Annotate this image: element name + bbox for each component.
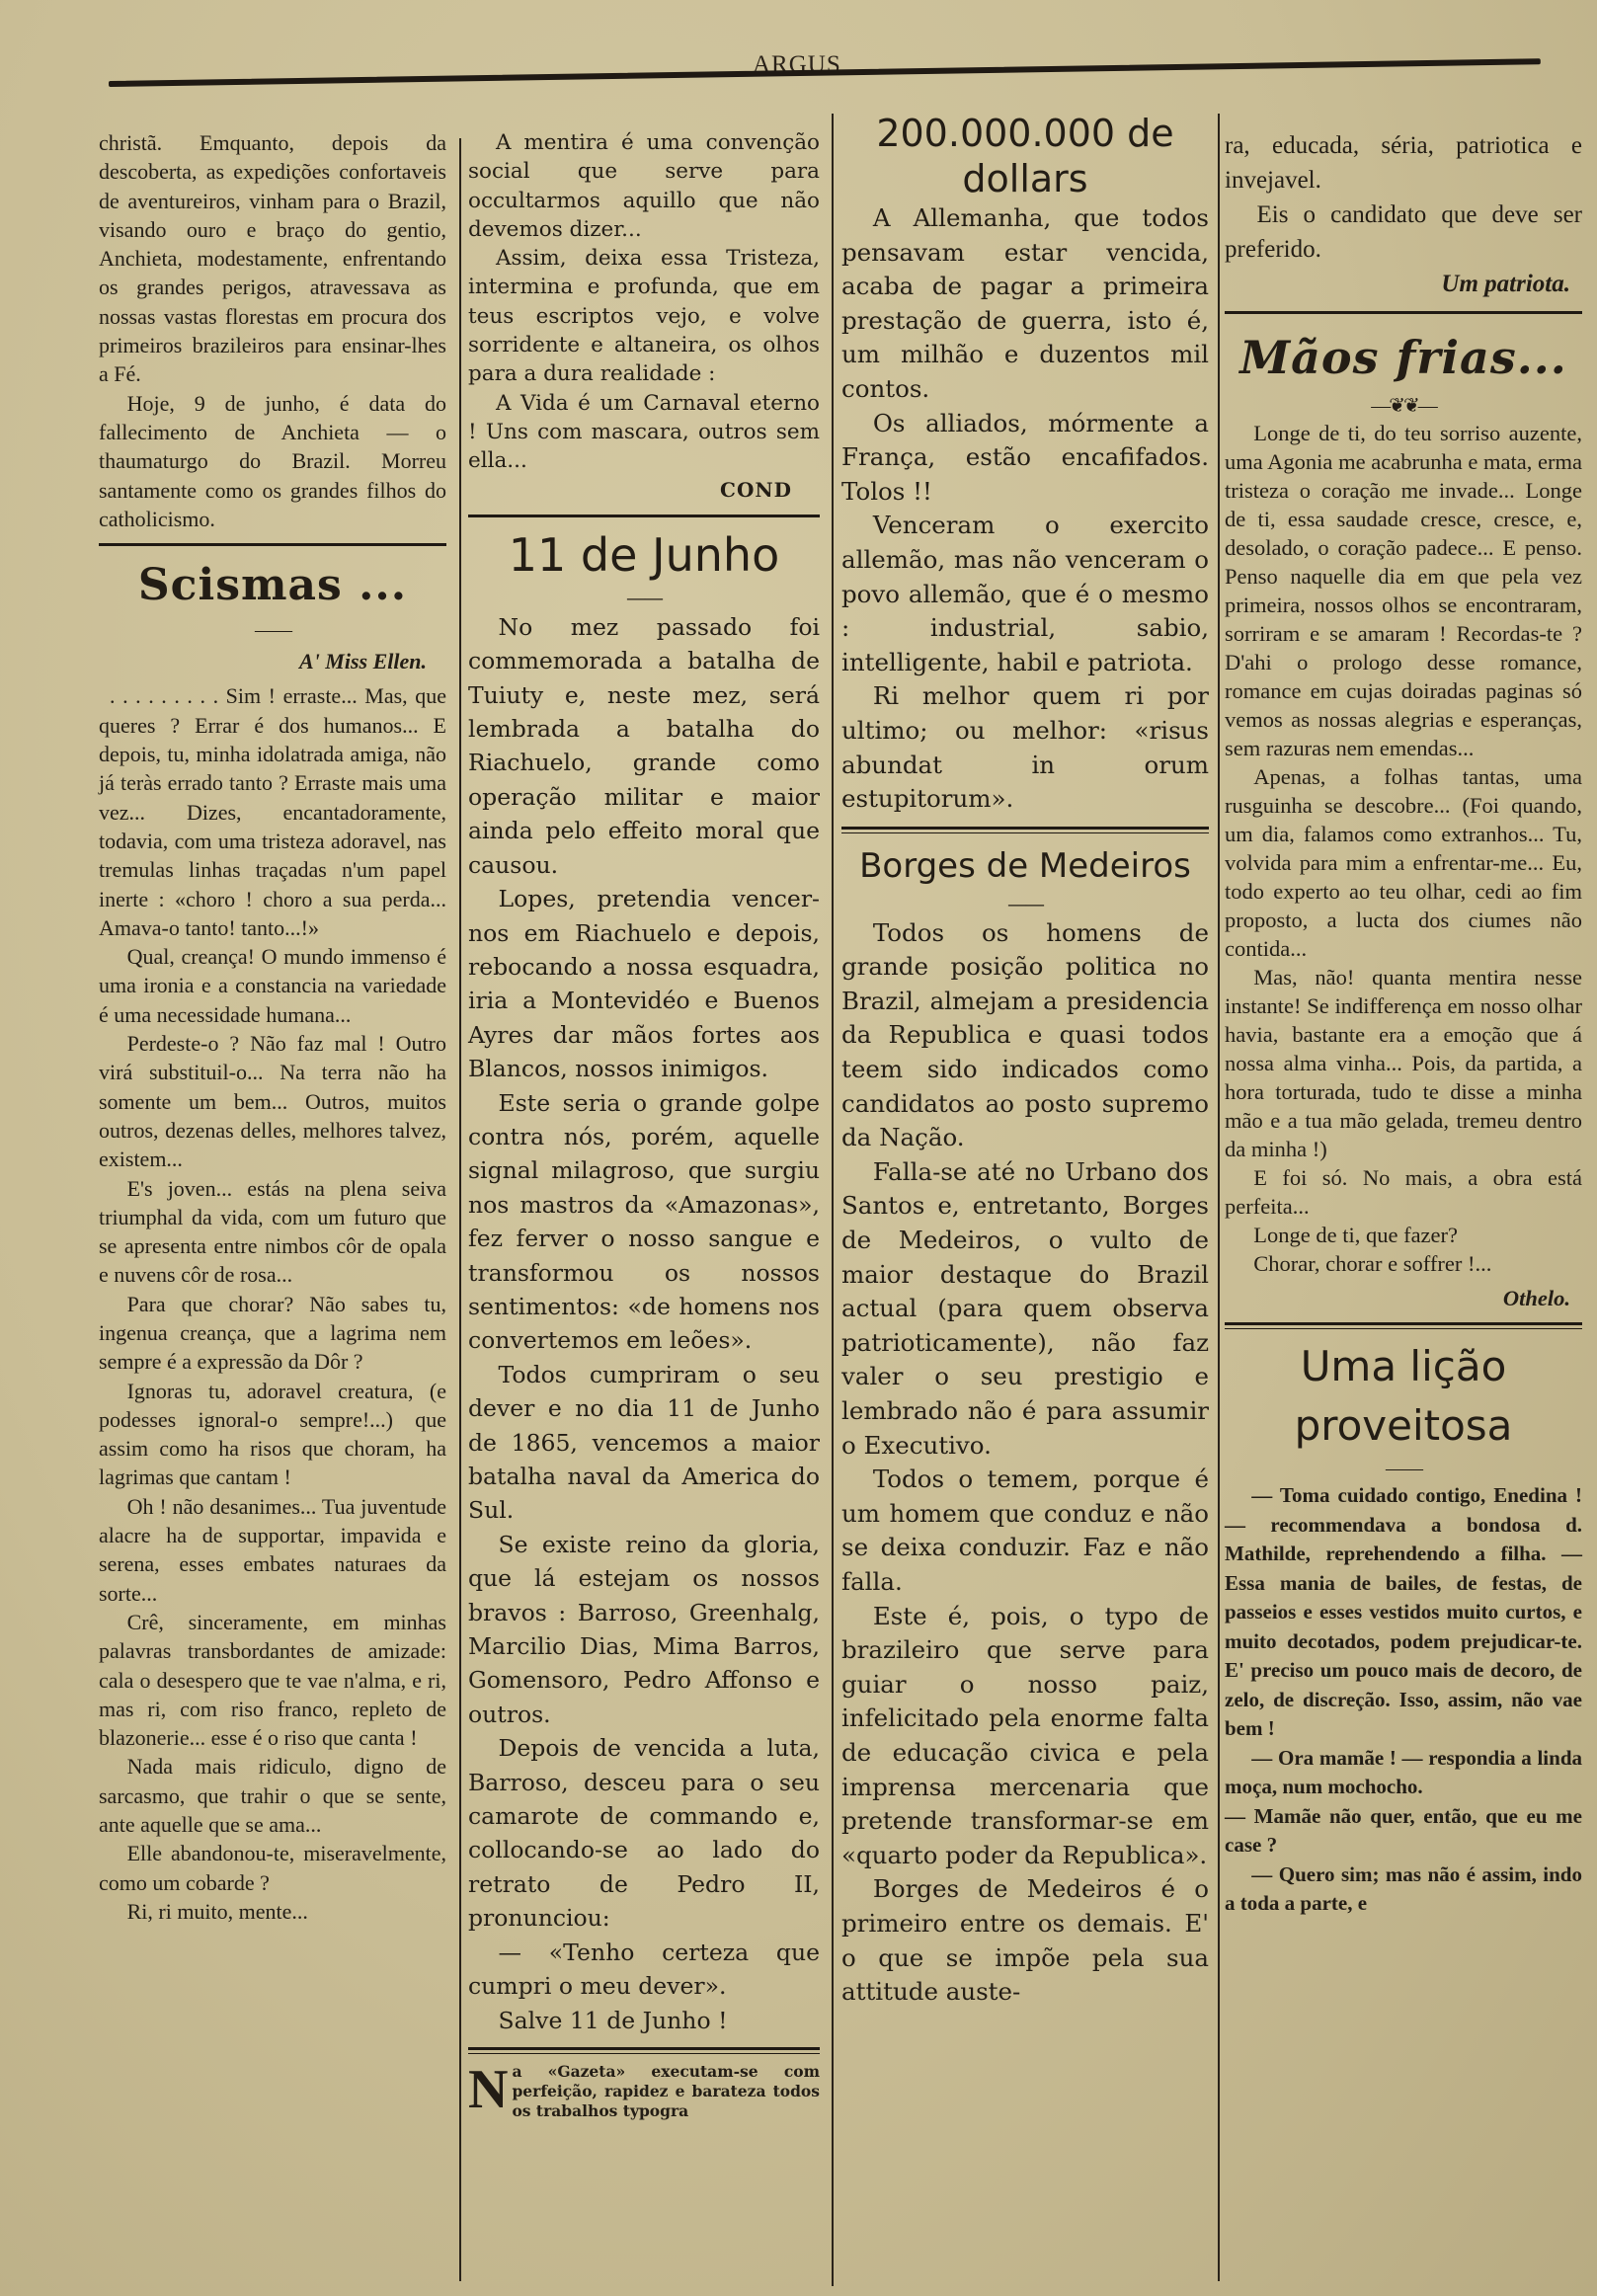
article-divider — [841, 827, 1209, 833]
article-paragraph: — Quero sim; mas não é assim, indo a tod… — [1225, 1861, 1582, 1919]
article-paragraph: Lopes, pretendia vencer-nos em Riachuelo… — [468, 882, 820, 1085]
article-paragraph: Se existe reino da gloria, que lá esteja… — [468, 1528, 820, 1731]
article-paragraph: E foi só. No mais, a obra está perfeita.… — [1225, 1163, 1582, 1221]
article-divider — [1225, 311, 1582, 314]
article-paragraph: Este é, pois, o typo de brazileiro que s… — [841, 1600, 1209, 1873]
headline-maos-frias: Mãos frias... — [1225, 322, 1582, 393]
article-paragraph: — Mamãe não quer, então, que eu me case … — [1225, 1802, 1582, 1861]
headline-borges-de-medeiros: Borges de Medeiros — [841, 841, 1209, 891]
article-paragraph: Ri melhor quem ri por ultimo; ou melhor:… — [841, 679, 1209, 816]
article-paragraph: Salve 11 de Junho ! — [468, 2004, 820, 2037]
article-paragraph: A Vida é um Carnaval eterno ! Uns com ma… — [468, 389, 820, 476]
article-paragraph: Todos os homens de grande posição politi… — [841, 916, 1209, 1155]
masthead: ARGUS — [0, 0, 1597, 114]
article-paragraph: Borges de Medeiros é o primeiro entre os… — [841, 1872, 1209, 2009]
article-paragraph: Qual, creança! O mundo immenso é uma iro… — [99, 942, 446, 1029]
article-paragraph: Perdeste-o ? Não faz mal ! Outro virá su… — [99, 1029, 446, 1173]
article-paragraph: E's joven... estás na plena seiva triump… — [99, 1174, 446, 1290]
article-paragraph: Assim, deixa essa Tristeza, intermina e … — [468, 244, 820, 388]
article-continuation: ra, educada, séria, patriotica e invejav… — [1225, 128, 1582, 198]
headline-200-milhoes-dollars: 200.000.000 de dollars — [841, 111, 1209, 201]
dedication: A' Miss Ellen. — [99, 647, 446, 675]
headline-11-de-junho: 11 de Junho — [468, 525, 820, 585]
article-paragraph: — Toma cuidado contigo, Enedina ! — reco… — [1225, 1481, 1582, 1744]
article-continuation: christã. Emquanto, depois da descoberta,… — [99, 128, 446, 389]
article-divider — [468, 2047, 820, 2054]
article-paragraph: Todos o temem, porque é um homem que con… — [841, 1463, 1209, 1599]
article-paragraph: Os alliados, mórmente a França, estão en… — [841, 407, 1209, 510]
article-paragraph: A Allemanha, que todos pensavam estar ve… — [841, 201, 1209, 407]
separator: —— — [468, 585, 820, 610]
column-2: A mentira é uma convenção social que ser… — [468, 128, 820, 2121]
article-paragraph: Depois de vencida a luta, Barroso, desce… — [468, 1731, 820, 1935]
article-paragraph: A mentira é uma convenção social que ser… — [468, 128, 820, 244]
article-paragraph: No mez passado foi commemorada a batalha… — [468, 610, 820, 882]
byline: Um patriota. — [1225, 267, 1582, 301]
article-paragraph: Chorar, chorar e soffrer !... — [1225, 1249, 1582, 1278]
article-paragraph: Eis o candidato que deve ser preferido. — [1225, 198, 1582, 267]
headline-scismas: Scismas ... — [99, 554, 446, 617]
article-paragraph: Falla-se até no Urbano dos Santos e, ent… — [841, 1155, 1209, 1463]
column-divider — [832, 114, 834, 2286]
ornament-separator: —❦❦— — [1225, 393, 1582, 419]
separator: —— — [1225, 1456, 1582, 1481]
separator: —— — [841, 891, 1209, 916]
article-divider — [468, 515, 820, 517]
article-divider — [1225, 1322, 1582, 1329]
article-paragraph: Ri, ri muito, mente... — [99, 1897, 446, 1926]
column-3: 200.000.000 de dollars A Allemanha, que … — [841, 111, 1209, 2010]
headline-uma-licao-proveitosa: Uma lição proveitosa — [1225, 1337, 1582, 1456]
article-paragraph: Ignoras tu, adoravel creatura, (e podess… — [99, 1377, 446, 1492]
article-paragraph: Este seria o grande golpe contra nós, po… — [468, 1086, 820, 1358]
byline: Othelo. — [1225, 1284, 1582, 1312]
article-paragraph: Elle abandonou-te, miseravelmente, como … — [99, 1839, 446, 1897]
article-paragraph: Crê, sinceramente, em minhas palavras tr… — [99, 1608, 446, 1752]
column-4: ra, educada, séria, patriotica e invejav… — [1225, 128, 1582, 1919]
article-paragraph: Mas, não! quanta mentira nesse instante!… — [1225, 963, 1582, 1163]
advert-text: a «Gazeta» executam-se com perfeição, ra… — [512, 2062, 820, 2121]
column-divider — [1218, 114, 1220, 2281]
drop-cap: N — [468, 2062, 508, 2117]
signature: COND — [468, 476, 820, 505]
article-paragraph: — «Tenho certeza que cumpri o meu dever»… — [468, 1936, 820, 2004]
article-paragraph: Oh ! não desanimes... Tua juventude alac… — [99, 1492, 446, 1608]
column-divider — [459, 138, 461, 2281]
article-paragraph: . . . . . . . . . Sim ! erraste... Mas, … — [99, 681, 446, 942]
article-paragraph: Hoje, 9 de junho, é data do fallecimento… — [99, 389, 446, 533]
article-paragraph: Nada mais ridiculo, digno de sarcasmo, q… — [99, 1752, 446, 1839]
article-paragraph: Venceram o exercito allemão, mas não ven… — [841, 509, 1209, 679]
advertisement: N a «Gazeta» executam-se com perfeição, … — [468, 2062, 820, 2121]
article-paragraph: — Ora mamãe ! — respondia a linda moça, … — [1225, 1744, 1582, 1802]
article-paragraph: Longe de ti, que fazer? — [1225, 1221, 1582, 1249]
column-1: christã. Emquanto, depois da descoberta,… — [99, 128, 446, 1926]
article-paragraph: Longe de ti, do teu sorriso auzente, uma… — [1225, 419, 1582, 762]
article-paragraph: Todos cumpriram o seu dever e no dia 11 … — [468, 1358, 820, 1528]
article-divider — [99, 543, 446, 546]
separator: —— — [99, 617, 446, 643]
article-paragraph: Apenas, a folhas tantas, uma rusguinha s… — [1225, 762, 1582, 963]
article-paragraph: Para que chorar? Não sabes tu, ingenua c… — [99, 1290, 446, 1377]
